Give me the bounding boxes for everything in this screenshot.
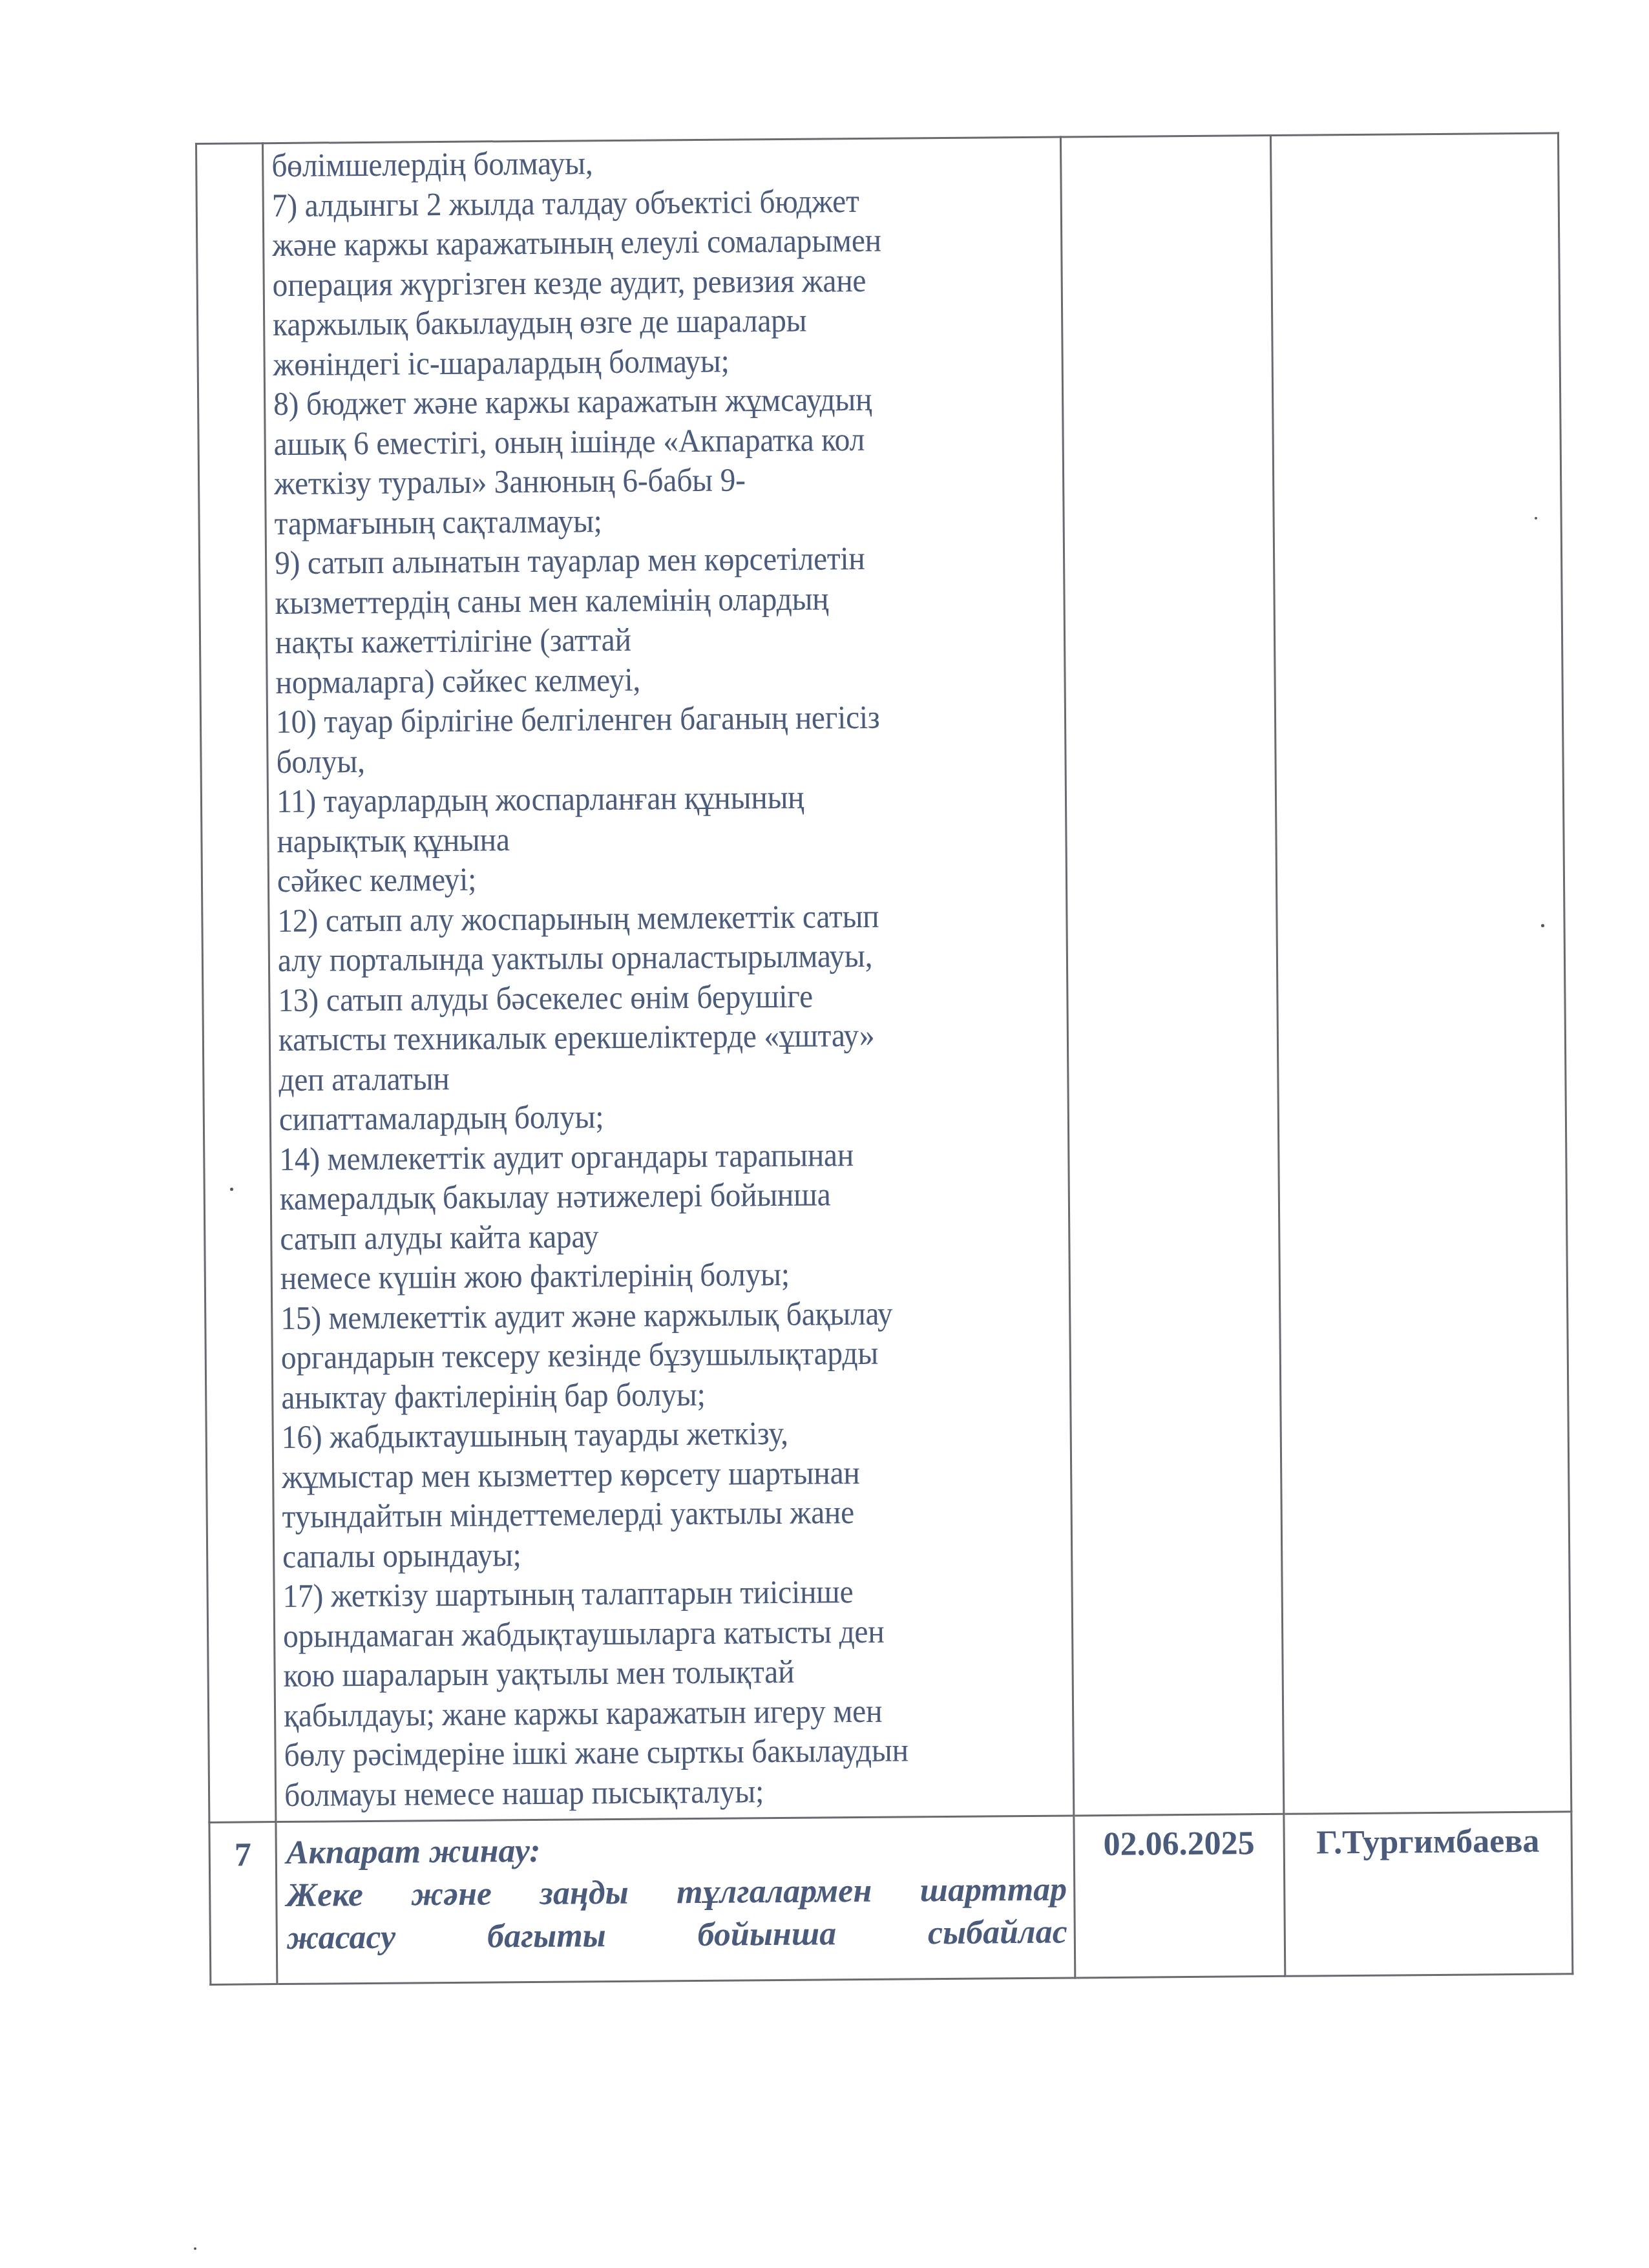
text-line: органдарын тексеру кезінде бұзушылықтард… [281,1333,1009,1378]
text-line: 17) жеткізу шартының талаптарын тиісінше [282,1571,1010,1617]
text-line: сатып алуды кайта карау [280,1214,1007,1259]
task-word: шарттар [919,1868,1067,1912]
text-line: аныктау фактілерінің бар болуы; [281,1373,1009,1418]
row-number-cell: 7 [209,1822,277,1985]
text-line: 12) сатып алу жоспарының мемлекеттік сат… [277,896,1005,941]
text-line: каржылық бакылаудың өзге де шаралары [273,300,1000,345]
text-line: 8) бюджет жəне каржы каражатын жұмсаудың [273,379,1001,425]
task-line-2: жасасубагытыбойыншасыбайлас [287,1911,1067,1959]
text-line: қабылдауы; жане каржы каражатын игеру ме… [284,1691,1011,1736]
table-row-continued: бөлімшелердің болмауы,7) алдынгы 2 жылда… [196,133,1571,1822]
date-cell [1060,135,1283,1815]
text-line: сипаттамалардың болуы; [279,1095,1007,1140]
text-line: ашық 6 еместігі, оның ішінде «Акпаратка … [273,419,1001,465]
text-line: 13) сатып алуды бəсекелес өнім берушіге [278,976,1005,1021]
text-line: 7) алдынгы 2 жылда талдау объектісі бюдж… [272,181,1000,226]
text-line: катысты техникалык ерекшеліктерде «ұштау… [278,1015,1006,1060]
task-line-1: Жекежəнезаңдытұлгаларменшарттар [286,1868,1067,1916]
task-word: заңды [540,1872,629,1915]
text-line: нарықтық құнына [277,817,1004,862]
text-line: орындамаган жабдықтаушыларга катысты ден [283,1612,1011,1657]
text-line: нақты кажеттілігіне (заттай [275,618,1003,663]
task-title: Акпарат жинау: [286,1825,1067,1874]
text-line: 14) мемлекеттік аудит органдары тарапына… [279,1135,1007,1180]
text-line: бөлу рəсімдеріне ішкі жане сырткы бакыла… [284,1730,1011,1776]
text-line: жөніндегі іс-шаралардың болмауы; [273,340,1000,385]
text-line: 10) тауар бірлігіне белгіленген баганың … [276,697,1003,742]
task-cell: Акпарат жинау: Жекежəнезаңдытұлгаларменш… [276,1816,1075,1984]
scan-speck [1535,517,1537,520]
text-line: 9) сатып алынатын тауарлар мен көрсетіле… [275,538,1002,583]
text-line: жеткізу туралы» Занюның 6-бабы 9- [274,459,1002,504]
text-line: немесе күшін жою фактілерінің болуы; [280,1254,1008,1299]
text-line: туындайтын міндеттемелерді уактылы жане [282,1492,1009,1537]
table-row-7: 7 Акпарат жинау: Жекежəнезаңдытұлгаларме… [209,1812,1573,1985]
risk-factors-cell: бөлімшелердің болмауы,7) алдынгы 2 жылда… [263,137,1074,1822]
task-word: жасасу [287,1916,396,1960]
text-line: 11) тауарлардың жоспарланған құнының [277,777,1004,822]
row-number-cell [196,143,276,1823]
text-line: 16) жабдыктаушының тауарды жеткізу, [282,1412,1009,1458]
text-line: сəйкес келмеуі; [277,856,1005,901]
task-word: Жеке [286,1874,363,1917]
responsible-cell [1270,133,1571,1814]
text-line: камералдық бакылау нəтижелері бойынша [280,1174,1007,1219]
task-word: бойынша [697,1913,836,1957]
task-word: тұлгалармен [677,1870,872,1914]
text-line: кызметтердің саны мен калемінің олардың [275,578,1002,624]
deadline-date: 02.06.2025 [1074,1814,1285,1978]
task-word: сыбайлас [928,1911,1067,1955]
scan-speck [1541,924,1544,927]
task-word: багыты [487,1915,606,1958]
responsible-person: Г.Тургимбаева [1284,1812,1573,1976]
text-line: сапалы орындауы; [282,1532,1010,1577]
text-line: 15) мемлекеттік аудит жəне каржылық бақы… [280,1294,1008,1339]
scan-speck [194,2247,196,2250]
scan-speck [230,1188,233,1191]
plan-table: бөлімшелердің болмауы,7) алдынгы 2 жылда… [195,132,1573,1985]
text-line: алу порталында уактылы орналастырылмауы, [278,936,1005,981]
text-line: кою шараларын уақтылы мен толықтай [283,1651,1011,1696]
text-line: жəне каржы каражатының елеулі сомаларыме… [272,220,1000,266]
task-word: жəне [411,1873,492,1916]
text-line: болуы, [276,737,1003,782]
text-line: нормаларга) сəйкес келмеуі, [275,658,1003,703]
text-line: бөлімшелердің болмауы, [271,141,999,186]
text-line: болмауы немесе нашар пысықталуы; [284,1770,1012,1816]
text-line: жұмыстар мен кызметтер көрсету шартынан [282,1453,1009,1498]
text-line: деп аталатын [278,1055,1006,1100]
text-line: операция жүргізген кезде аудит, ревизия … [273,260,1000,306]
text-line: тармағының сақталмауы; [274,499,1002,544]
